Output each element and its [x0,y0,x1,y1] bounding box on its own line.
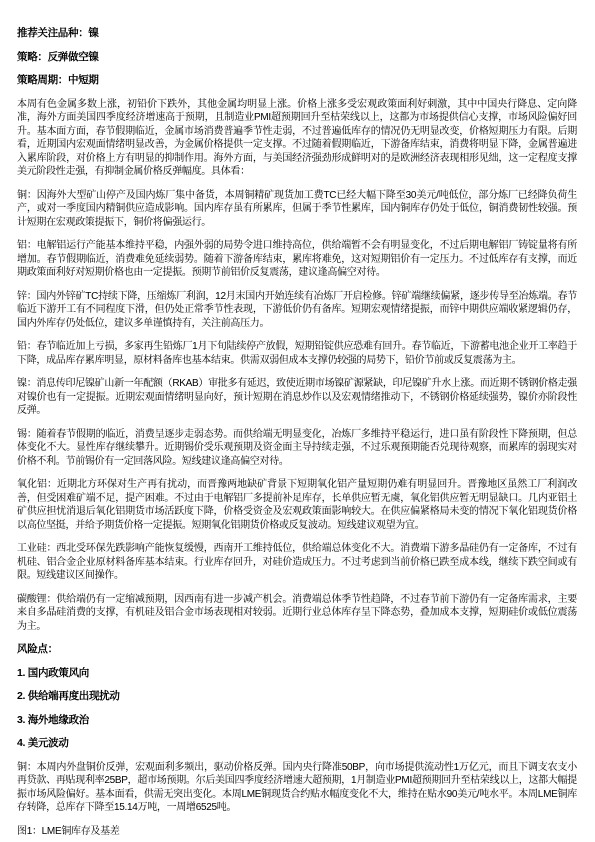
risk-points-heading: 风险点： [17,643,577,657]
lead-paragraph: 铅：春节临近加上亏损，多家再生铅炼厂1月下旬陆续停产放假，短期铅锭供应恐难有回升… [17,340,577,367]
aluminum-paragraph: 铝：电解铝运行产能基本维持平稳，内强外弱的局势令进口维持高位，供给端暂不会有明显… [17,239,577,280]
strategy-heading: 策略：反弹做空镍 [17,51,577,65]
risk-item-supply-disturbance: 2. 供给端再度出现扰动 [17,690,577,704]
report-page: 推荐关注品种：镍 策略：反弹做空镍 策略周期：中短期 本周有色金属多数上涨，初铅… [0,0,595,842]
lithium-carbonate-paragraph: 碳酸锂：供给端仍有一定缩减预期，因西南有进一步减产机会。消费端总体季节性趋降，不… [17,593,577,634]
risk-item-domestic-policy: 1. 国内政策风向 [17,667,577,681]
nickel-paragraph: 镍：消息传印尼镍矿山新一年配额（RKAB）审批多有延迟，致使近期市场镍矿源紧缺，… [17,377,577,418]
risk-item-geopolitics: 3. 海外地缘政治 [17,714,577,728]
zinc-paragraph: 锌：国内外锌矿TC持续下降，压缩炼厂利润，12月末国内开始连续有冶炼厂开启检修。… [17,290,577,331]
intro-paragraph: 本周有色金属多数上涨，初铅价下跌外，其他金属均明显上涨。价格上涨多受宏观政策面利… [17,98,577,179]
figure-1-caption: 图1：LME铜库存及基差 [17,825,577,839]
alumina-paragraph: 氧化铝：近期北方环保对生产再有扰动，而晋豫两地缺矿背景下短期氧化铝产量短期仍难有… [17,478,577,532]
copper-paragraph: 铜：因海外大型矿山停产及国内炼厂集中备货，本周铜精矿现货加工费TC已经大幅下降至… [17,189,577,230]
copper-weekly-detail-paragraph: 铜：本周内外盘铜价反弹，宏观面利多频出，驱动价格反弹。国内央行降准50BP，向市… [17,761,577,815]
strategy-period-heading: 策略周期：中短期 [17,74,577,88]
industrial-silicon-paragraph: 工业硅：西北受环保先跌影响产能恢复缓慢，西南开工维持低位，供给端总体变化不大。消… [17,542,577,583]
recommended-variety-heading: 推荐关注品种：镍 [17,27,577,41]
risk-item-usd-fluctuation: 4. 美元波动 [17,737,577,751]
tin-paragraph: 锡：随着春节假期的临近，消费呈逐步走弱态势。而供给端无明显变化，冶炼厂多维持平稳… [17,428,577,469]
